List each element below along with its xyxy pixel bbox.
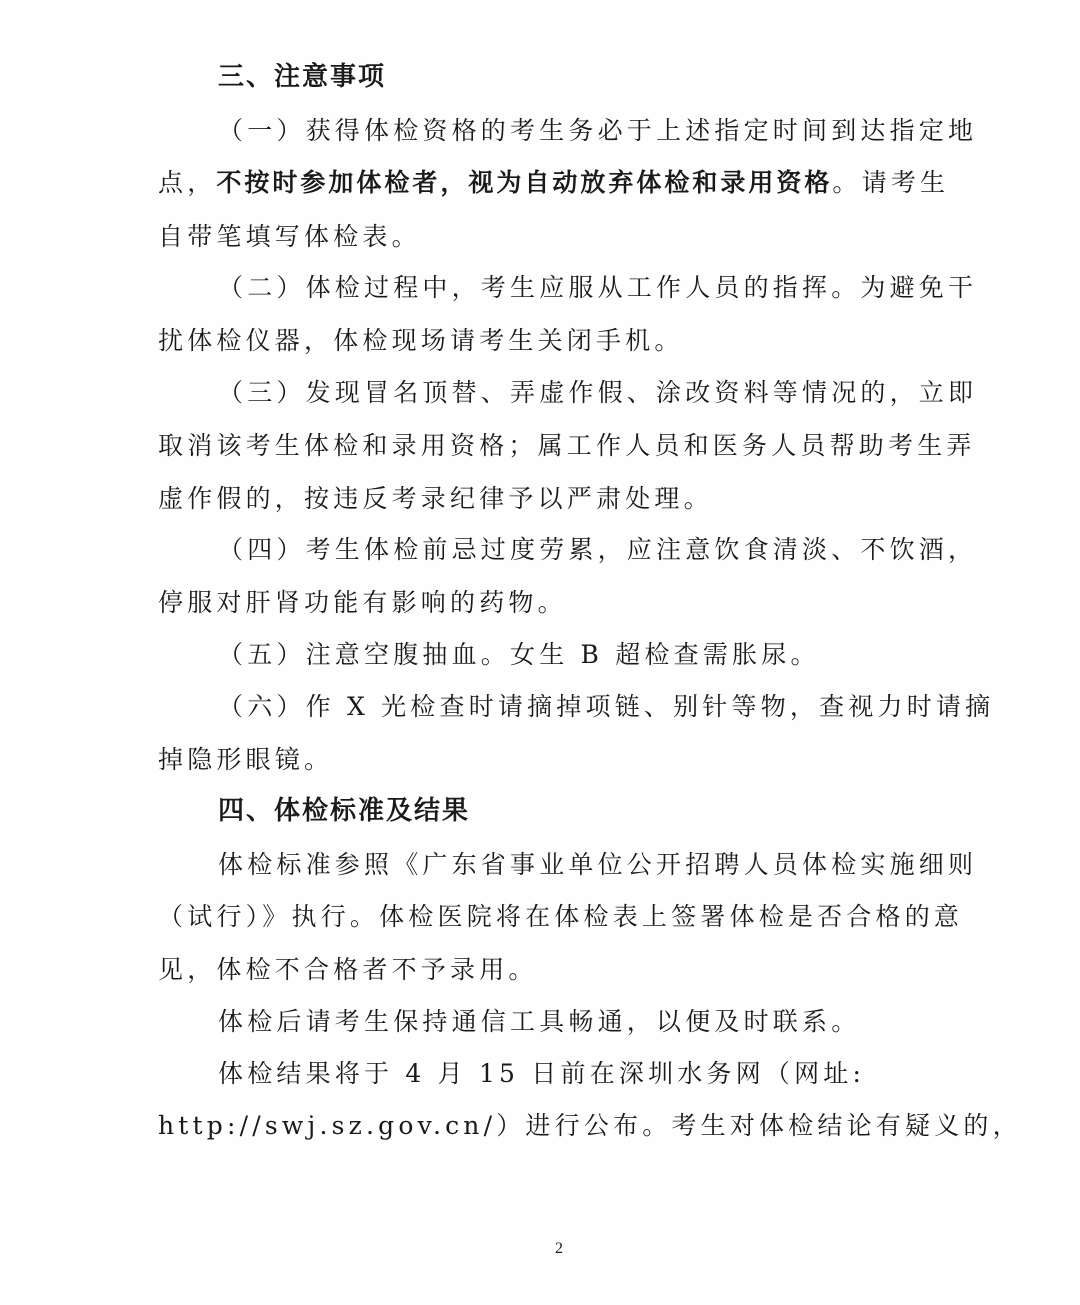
- item1-line1: （一）获得体检资格的考生务必于上述指定时间到达指定地: [218, 116, 1018, 146]
- item3-line3: 虚作假的，按违反考录纪律予以严肃处理。: [158, 484, 958, 514]
- item6-line1: （六）作 X 光检查时请摘掉项链、别针等物，查视力时请摘: [218, 692, 1018, 722]
- item1-line2-pre: 点，: [158, 168, 216, 197]
- item1-line2-post: 。请考生: [832, 168, 949, 197]
- item6-line2: 掉隐形眼镜。: [158, 745, 958, 775]
- section-heading-4: 四、体检标准及结果: [218, 796, 470, 826]
- s4-para1-line1: 体检标准参照《广东省事业单位公开招聘人员体检实施细则: [218, 850, 1018, 880]
- item1-bold-warning: 不按时参加体检者，视为自动放弃体检和录用资格: [216, 168, 832, 197]
- item1-line3: 自带笔填写体检表。: [158, 222, 958, 252]
- item2-line1: （二）体检过程中，考生应服从工作人员的指挥。为避免干: [218, 273, 1018, 303]
- s4-para3-line2: http://swj.sz.gov.cn/）进行公布。考生对体检结论有疑义的，: [158, 1111, 958, 1141]
- item5-line1: （五）注意空腹抽血。女生 B 超检查需胀尿。: [218, 640, 1018, 670]
- section-heading-3: 三、注意事项: [218, 62, 386, 92]
- page-number: 2: [555, 1240, 563, 1258]
- item4-line2: 停服对肝肾功能有影响的药物。: [158, 588, 958, 618]
- s4-para1-line2: （试行）》执行。体检医院将在体检表上签署体检是否合格的意: [158, 902, 958, 932]
- s4-para1-line3: 见，体检不合格者不予录用。: [158, 955, 958, 985]
- item1-line2: 点，不按时参加体检者，视为自动放弃体检和录用资格。请考生: [158, 168, 958, 198]
- s4-para2-line1: 体检后请考生保持通信工具畅通，以便及时联系。: [218, 1007, 1018, 1037]
- document-page: 三、注意事项 （一）获得体检资格的考生务必于上述指定时间到达指定地 点，不按时参…: [0, 0, 1080, 1305]
- item3-line2: 取消该考生体检和录用资格；属工作人员和医务人员帮助考生弄: [158, 431, 958, 461]
- item4-line1: （四）考生体检前忌过度劳累，应注意饮食清淡、不饮酒，: [218, 535, 1018, 565]
- item2-line2: 扰体检仪器，体检现场请考生关闭手机。: [158, 326, 958, 356]
- s4-para3-line1: 体检结果将于 4 月 15 日前在深圳水务网（网址:: [218, 1059, 1018, 1089]
- item3-line1: （三）发现冒名顶替、弄虚作假、涂改资料等情况的，立即: [218, 378, 1018, 408]
